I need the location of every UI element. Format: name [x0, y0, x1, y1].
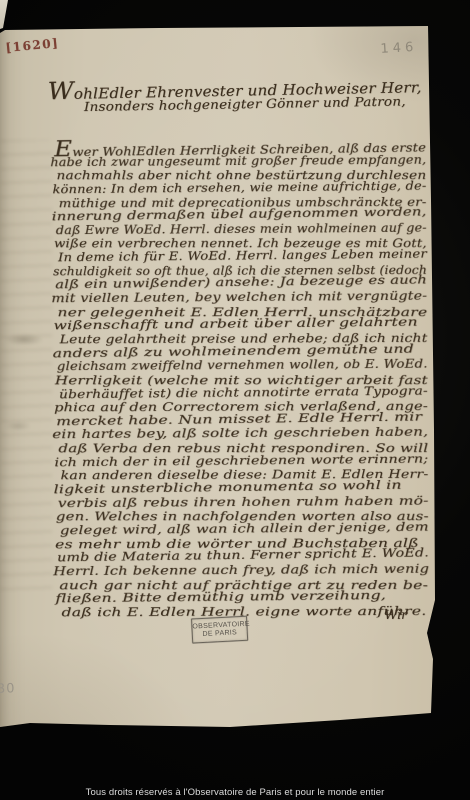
- manuscript-line-text: gleichsam zweiffelnd vernehmen wollen, o…: [57, 357, 428, 374]
- copyright-caption: Tous droits réservés à l'Observatoire de…: [0, 787, 470, 798]
- manuscript-line-text: Herrl. Ich bekenne auch frey, daß ich mi…: [53, 562, 429, 579]
- manuscript-line: Ewer WohlEdlen Herrligkeit Schreiben, al…: [50, 135, 428, 151]
- photograph-background: [1620] 146 WohlEdler Ehrenvester und Hoc…: [0, 0, 470, 800]
- manuscript-page: [1620] 146 WohlEdler Ehrenvester und Hoc…: [0, 0, 470, 800]
- paris-observatory-stamp: OBSERVATOIRE DE PARIS: [191, 616, 248, 644]
- date-annotation: [1620]: [5, 36, 60, 55]
- manuscript-content: [1620] 146 WohlEdler Ehrenvester und Hoc…: [0, 0, 470, 800]
- manuscript-line-text: ein hartes bey, alß solte ich geschriebe…: [52, 425, 428, 442]
- inventory-number: 30: [0, 681, 16, 697]
- manuscript-line-text: verbis alß rebus ihren hohen ruhm haben …: [58, 493, 429, 510]
- adjacent-page-edge: [0, 0, 9, 30]
- catchword: Wir: [384, 607, 407, 622]
- manuscript-line-text: mit viellen Leuten, bey welchen ich mit …: [51, 289, 427, 306]
- folio-number: 146: [380, 40, 418, 57]
- letter-body: Ewer WohlEdlen Herrligkeit Schreiben, al…: [50, 135, 431, 615]
- salutation: WohlEdler Ehrenvester und Hochweiser Her…: [48, 75, 428, 115]
- manuscript-line-text: habe ich zwar ungeseumt mit großer freud…: [50, 152, 426, 169]
- manuscript-line-text: daß Ewre WoEd. Herrl. dieses mein wohlme…: [56, 221, 427, 238]
